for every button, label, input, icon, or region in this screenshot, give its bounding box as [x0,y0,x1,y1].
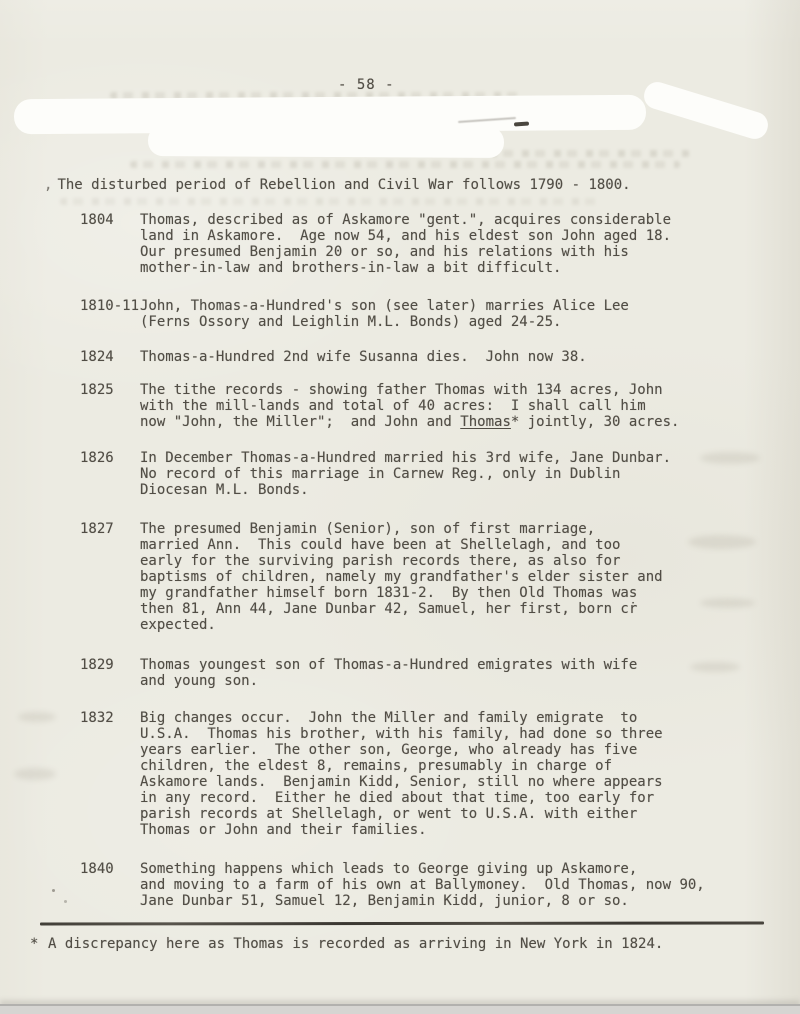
entry-line: mother-in-law and brothers-in-law a bit … [140,260,671,276]
entry-lines: In December Thomas-a-Hundred married his… [140,450,671,498]
entry-year: 1840 [80,861,140,877]
ink-speck [64,900,67,903]
underlined-text: Thomas [460,414,511,430]
entry-line: No record of this marriage in Carnew Reg… [140,466,671,482]
entry-line: parish records at Shellelagh, or went to… [140,806,663,822]
entry-year: 1825 [80,382,140,398]
entry-year: 1826 [80,450,140,466]
footnote-marker: * [30,936,48,952]
entry-line: Thomas or John and their families. [140,822,663,838]
entry-year: 1829 [80,657,140,673]
entry-line: Askamore lands. Benjamin Kidd, Senior, s… [140,774,663,790]
redaction-blob-2 [641,79,771,142]
ink-speck [52,889,55,892]
entry-lines: Thomas, described as of Askamore "gent."… [140,212,671,276]
intro-text: The disturbed period of Rebellion and Ci… [57,177,630,193]
ghost-smudge [700,598,755,608]
entry-lines: Something happens which leads to George … [140,861,705,909]
timeline-entry-1840: 1840 Something happens which leads to Ge… [80,861,705,909]
entry-line: Something happens which leads to George … [140,861,705,877]
footnote-text: A discrepancy here as Thomas is recorded… [48,936,663,952]
entry-line: baptisms of children, namely my grandfat… [140,569,663,585]
redaction-blob-3 [148,125,504,158]
timeline-entry-1810-11: 1810-11 John, Thomas-a-Hundred's son (se… [80,298,629,330]
entry-line: married Ann. This could have been at She… [140,537,663,553]
page-number: - 58 - [338,77,395,93]
entry-line: The tithe records - showing father Thoma… [140,382,679,398]
entry-line: (Ferns Ossory and Leighlin M.L. Bonds) a… [140,314,629,330]
entry-line: John, Thomas-a-Hundred's son (see later)… [140,298,629,314]
entry-line: Diocesan M.L. Bonds. [140,482,671,498]
entry-line: my grandfather himself born 1831-2. By t… [140,585,663,601]
line-segment: * jointly, 30 acres. [511,414,680,430]
timeline-entry-1826: 1826 In December Thomas-a-Hundred marrie… [80,450,671,498]
entry-line: U.S.A. Thomas his brother, with his fami… [140,726,663,742]
ghost-smudge [700,452,760,464]
line-segment: now "John, the Miller"; and John and [140,414,460,430]
entry-lines: John, Thomas-a-Hundred's son (see later)… [140,298,629,330]
timeline-entry-1824: 1824 Thomas-a-Hundred 2nd wife Susanna d… [80,349,587,365]
entry-line: children, the eldest 8, remains, presuma… [140,758,663,774]
entry-lines: Thomas youngest son of Thomas-a-Hundred … [140,657,637,689]
entry-line: with the mill-lands and total of 40 acre… [140,398,679,414]
entry-year: 1824 [80,349,140,365]
entry-line: Big changes occur. John the Miller and f… [140,710,663,726]
intro-mark: ‚ [44,177,52,193]
entry-line: now "John, the Miller"; and John and Tho… [140,414,679,430]
entry-line: expected. [140,617,663,633]
timeline-entry-1825: 1825 The tithe records - showing father … [80,382,679,430]
entry-lines: Big changes occur. John the Miller and f… [140,710,663,838]
ghost-smudge [14,768,56,780]
ghost-text [60,198,600,205]
ghost-text [490,150,690,157]
entry-lines: Thomas-a-Hundred 2nd wife Susanna dies. … [140,349,587,365]
entry-line: and moving to a farm of his own at Bally… [140,877,705,893]
entry-line: Thomas-a-Hundred 2nd wife Susanna dies. … [140,349,587,365]
entry-line: In December Thomas-a-Hundred married his… [140,450,671,466]
separator-line [40,921,764,925]
footnote: * A discrepancy here as Thomas is record… [30,936,663,952]
timeline-entry-1827: 1827 The presumed Benjamin (Senior), son… [80,521,663,633]
entry-line: early for the surviving parish records t… [140,553,663,569]
entry-line: The presumed Benjamin (Senior), son of f… [140,521,663,537]
entry-line: years earlier. The other son, George, wh… [140,742,663,758]
entry-line: Jane Dunbar 51, Samuel 12, Benjamin Kidd… [140,893,705,909]
intro-line: ‚ The disturbed period of Rebellion and … [44,177,631,193]
ghost-text [130,161,680,168]
entry-line: Thomas, described as of Askamore "gent."… [140,212,671,228]
page-bottom-edge [0,1004,800,1014]
timeline-entry-1832: 1832 Big changes occur. John the Miller … [80,710,663,838]
ghost-smudge [18,712,56,722]
timeline-entry-1804: 1804 Thomas, described as of Askamore "g… [80,212,671,276]
entry-line: then 81, Ann 44, Jane Dunbar 42, Samuel,… [140,601,663,617]
entry-line: and young son. [140,673,637,689]
ghost-smudge [688,535,756,549]
timeline-entry-1829: 1829 Thomas youngest son of Thomas-a-Hun… [80,657,637,689]
page: - 58 - ‚ The disturbed period of Rebelli… [0,0,800,1014]
entry-line: land in Askamore. Age now 54, and his el… [140,228,671,244]
entry-year: 1810-11 [80,298,140,314]
entry-lines: The tithe records - showing father Thoma… [140,382,679,430]
entry-line: Our presumed Benjamin 20 or so, and his … [140,244,671,260]
entry-line: Thomas youngest son of Thomas-a-Hundred … [140,657,637,673]
entry-line: in any record. Either he died about that… [140,790,663,806]
entry-year: 1832 [80,710,140,726]
entry-lines: The presumed Benjamin (Senior), son of f… [140,521,663,633]
entry-year: 1804 [80,212,140,228]
ghost-smudge [690,662,740,672]
entry-year: 1827 [80,521,140,537]
